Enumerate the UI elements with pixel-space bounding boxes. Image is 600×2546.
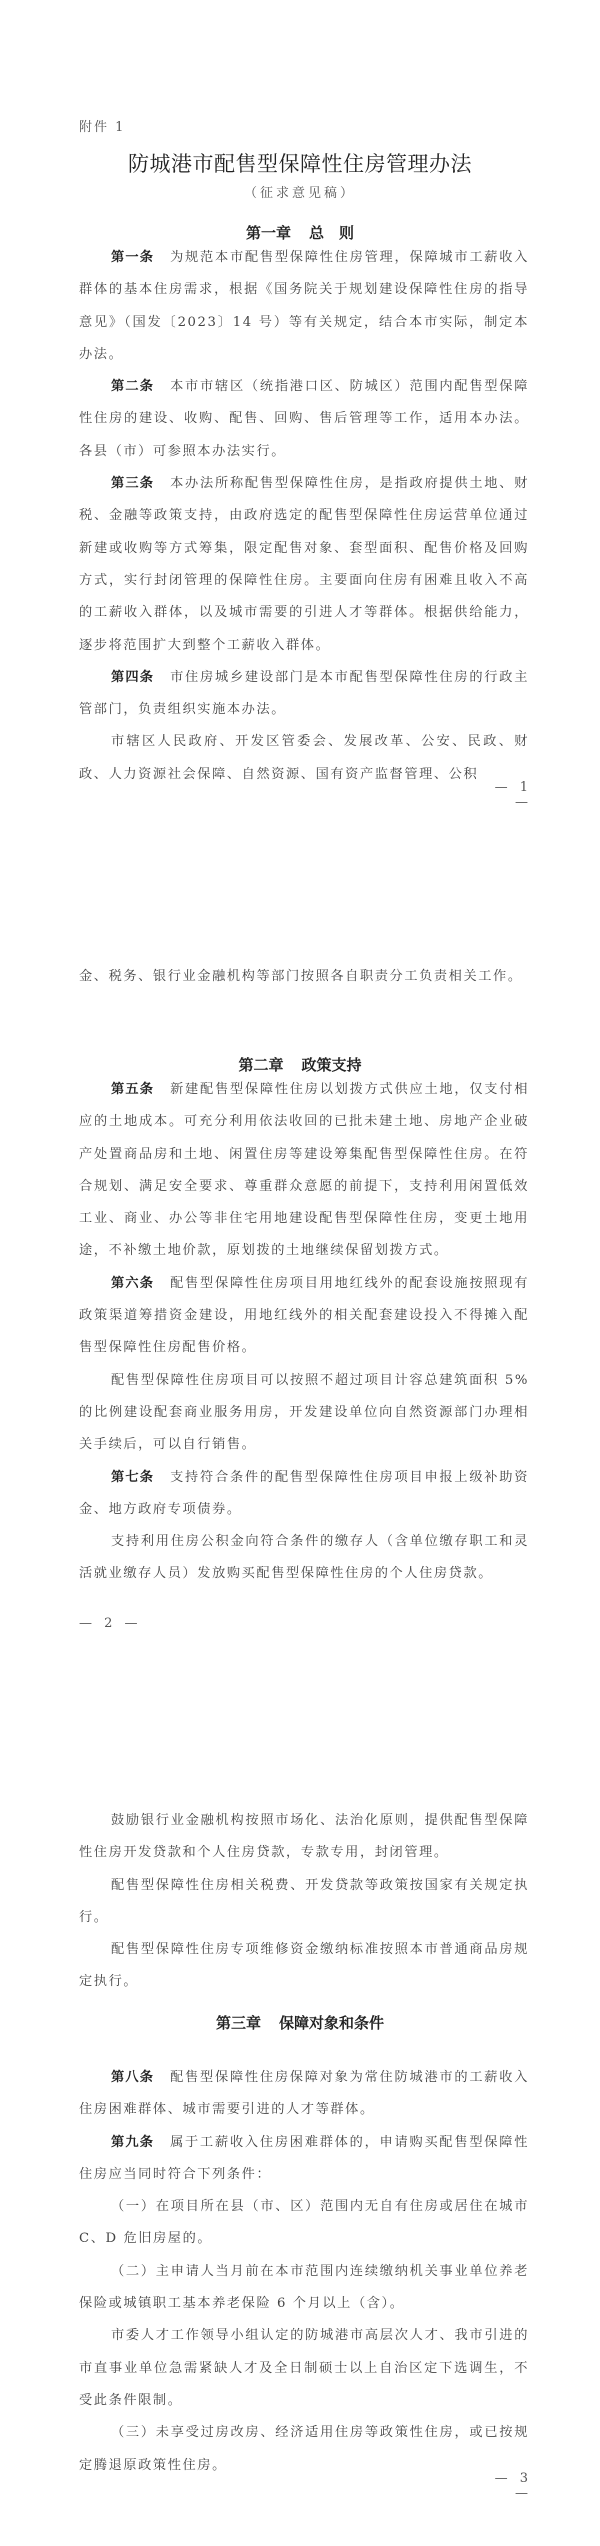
page-3-body-top: 鼓励银行业金融机构按照市场化、法治化原则，提供配售型保障性住房开发贷款和个人住房… (79, 1805, 529, 1999)
page-number-1: — 1 — (472, 780, 532, 810)
chapter-number: 第二章 (238, 1056, 283, 1074)
article-5: 第五条新建配售型保障性住房以划拨方式供应土地，仅支付相应的土地成本。可充分利用依… (79, 1074, 529, 1268)
article-1: 第一条为规范本市配售型保障性住房管理，保障城市工薪收入群体的基本住房需求，根据《… (79, 242, 529, 371)
page-1-body: 第一条为规范本市配售型保障性住房管理，保障城市工薪收入群体的基本住房需求，根据《… (79, 242, 529, 791)
article-6: 第六条配售型保障性住房项目用地红线外的配套设施按照现有政策渠道筹措资金建设，用地… (79, 1268, 529, 1365)
article-7: 第七条支持符合条件的配售型保障性住房项目申报上级补助资金、地方政府专项债券。 (79, 1462, 529, 1527)
paragraph: 配售型保障性住房专项维修资金缴纳标准按照本市普通商品房规定执行。 (79, 1934, 529, 1999)
document-title: 防城港市配售型保障性住房管理办法 (0, 148, 600, 178)
page-2-continuation: 金、税务、银行业金融机构等部门按照各自职责分工负责相关工作。 (79, 961, 529, 993)
article-label: 第四条 (111, 670, 154, 685)
article-label: 第九条 (111, 2135, 154, 2150)
article-label: 第六条 (111, 1276, 154, 1291)
condition-1: （一）在项目所在县（市、区）范围内无自有住房或居住在城市 C、D 危旧房屋的。 (79, 2191, 529, 2256)
page-number-2: — 2 — (79, 1616, 142, 1631)
chapter-heading-3: 第三章保障对象和条件 (0, 2012, 600, 2033)
article-4: 第四条市住房城乡建设部门是本市配售型保障性住房的行政主管部门，负责组织实施本办法… (79, 662, 529, 727)
article-label: 第三条 (111, 476, 154, 491)
paragraph: 支持利用住房公积金向符合条件的缴存人（含单位缴存职工和灵活就业缴存人员）发放购买… (79, 1526, 529, 1591)
page-number-3: — 3 — (472, 2471, 532, 2501)
condition-3: （三）未享受过房改房、经济适用住房等政策性住房，或已按规定腾退原政策性住房。 (79, 2417, 529, 2482)
article-2: 第二条本市市辖区（统指港口区、防城区）范围内配售型保障性住房的建设、收购、配售、… (79, 371, 529, 468)
document-subtitle: （征求意见稿） (0, 182, 600, 201)
page-2-body: 第五条新建配售型保障性住房以划拨方式供应土地，仅支付相应的土地成本。可充分利用依… (79, 1074, 529, 1591)
page-3-body: 第八条配售型保障性住房保障对象为常住防城港市的工薪收入住房困难群体、城市需要引进… (79, 2062, 529, 2482)
condition-2: （二）主申请人当月前在本市范围内连续缴纳机关事业单位养老保险或城镇职工基本养老保… (79, 2256, 529, 2321)
article-9: 第九条属于工薪收入住房困难群体的，申请购买配售型保障性住房应当同时符合下列条件： (79, 2127, 529, 2192)
article-label: 第一条 (111, 250, 154, 265)
chapter-heading-1: 第一章总 则 (0, 222, 600, 243)
paragraph: 配售型保障性住房项目可以按照不超过项目计容总建筑面积 5%的比例建设配套商业服务… (79, 1365, 529, 1462)
article-label: 第二条 (111, 379, 154, 394)
article-text: 本办法所称配售型保障性住房，是指政府提供土地、财税、金融等政策支持，由政府选定的… (79, 476, 529, 652)
chapter-number: 第一章 (246, 224, 291, 242)
attachment-label: 附件 1 (79, 116, 125, 135)
paragraph: 配售型保障性住房相关税费、开发贷款等政策按国家有关规定执行。 (79, 1870, 529, 1935)
article-text: 新建配售型保障性住房以划拨方式供应土地，仅支付相应的土地成本。可充分利用依法收回… (79, 1082, 529, 1258)
article-text: 为规范本市配售型保障性住房管理，保障城市工薪收入群体的基本住房需求，根据《国务院… (79, 250, 529, 362)
chapter-number: 第三章 (216, 2014, 261, 2032)
article-label: 第五条 (111, 1082, 154, 1097)
chapter-name: 政策支持 (302, 1056, 362, 1074)
article-3: 第三条本办法所称配售型保障性住房，是指政府提供土地、财税、金融等政策支持，由政府… (79, 468, 529, 662)
paragraph: 市辖区人民政府、开发区管委会、发展改革、公安、民政、财政、人力资源社会保障、自然… (79, 726, 529, 791)
article-label: 第七条 (111, 1470, 154, 1485)
paragraph: 鼓励银行业金融机构按照市场化、法治化原则，提供配售型保障性住房开发贷款和个人住房… (79, 1805, 529, 1870)
chapter-name: 总 则 (309, 224, 354, 242)
chapter-heading-2: 第二章政策支持 (0, 1054, 600, 1075)
article-label: 第八条 (111, 2070, 154, 2085)
chapter-name: 保障对象和条件 (279, 2014, 384, 2032)
paragraph: 市委人才工作领导小组认定的防城港市高层次人才、我市引进的市直事业单位急需紧缺人才… (79, 2320, 529, 2417)
article-8: 第八条配售型保障性住房保障对象为常住防城港市的工薪收入住房困难群体、城市需要引进… (79, 2062, 529, 2127)
